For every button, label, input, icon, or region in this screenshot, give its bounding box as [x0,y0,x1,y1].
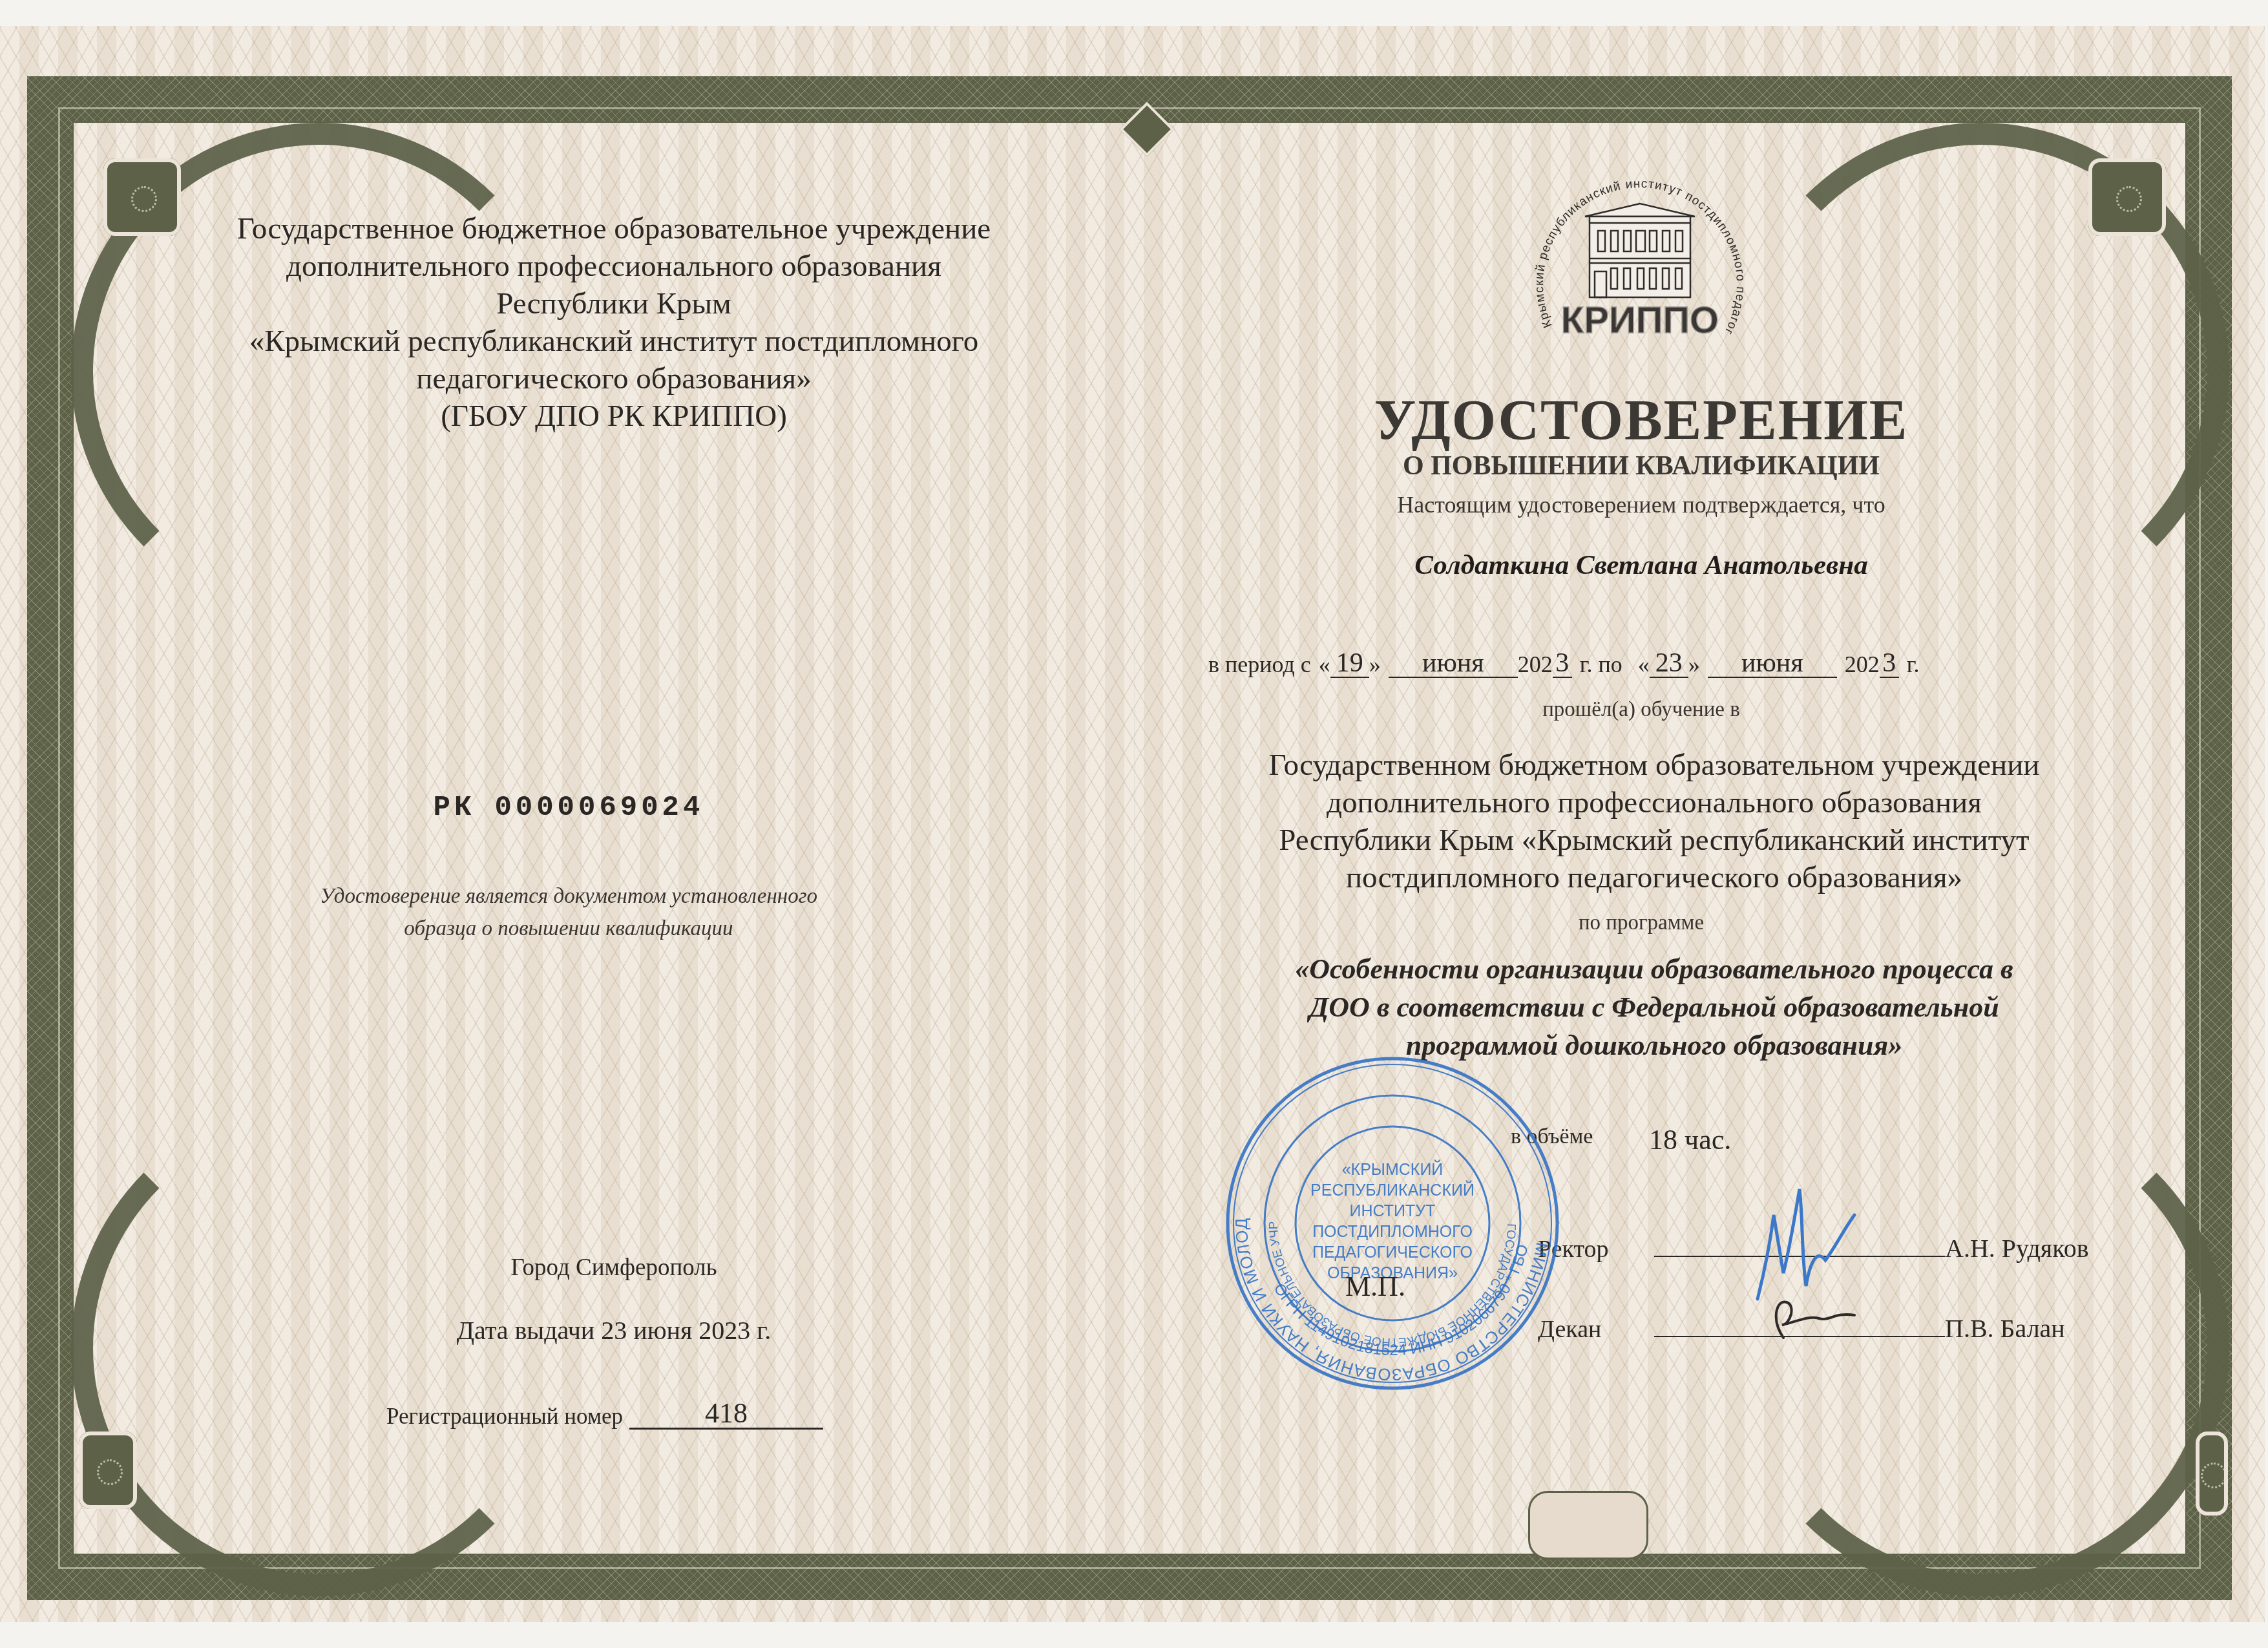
issue-date-row: Дата выдачи 23 июня 2023 г. [355,1315,872,1346]
period-from-year-prefix: 202 [1518,651,1553,678]
training-period: в период с «19» июня 2023 г. по «23» июн… [1208,650,1919,678]
issue-city: Город Симферополь [355,1254,872,1282]
building-icon [1585,204,1695,297]
period-to-year-prefix: 202 [1845,651,1880,678]
registration-number-row: Регистрационный номер 418 [386,1399,823,1430]
svg-text:«КРЫМСКИЙ: «КРЫМСКИЙ [1342,1159,1444,1179]
serial-number: РК0000069024 [342,792,795,824]
program-line: ДОО в соответствии с Федеральной образов… [1182,988,2126,1026]
rosette-icon [2196,1431,2228,1516]
quote-open: « [1638,651,1650,678]
registration-number-label: Регистрационный номер [386,1404,623,1430]
issuer-name: Государственное бюджетное образовательно… [116,210,1111,435]
quote-open: « [1319,651,1330,678]
rosette-icon [2088,158,2166,236]
holder-name: Солдаткина Светлана Анатольевна [1228,549,2055,581]
svg-text:ПЕДАГОГИЧЕСКОГО: ПЕДАГОГИЧЕСКОГО [1312,1243,1473,1262]
by-program-label: по программе [1228,911,2055,935]
legal-note-line: Удостоверение является документом устано… [233,880,905,913]
institution-name: Государственном бюджетном образовательно… [1182,746,2126,896]
series-code: РК [434,792,476,824]
institution-line: постдипломного педагогического образован… [1182,859,2126,896]
period-year-unit: г. [1907,651,1920,678]
dean-signature-icon [1758,1293,1861,1344]
signatory-name: А.Н. Рудяков [1945,1233,2089,1263]
issuer-line: «Крымский республиканский институт постд… [116,322,1111,360]
issuer-line: Республики Крым [116,285,1111,322]
document-subtitle: О ПОВЫШЕНИИ КВАЛИФИКАЦИИ [1228,450,2055,481]
institution-line: дополнительного профессионального образо… [1182,784,2126,821]
program-title: «Особенности организации образовательног… [1182,950,2126,1064]
confirmation-text: Настоящим удостоверением подтверждается,… [1228,491,2055,518]
signatory-name: П.В. Балан [1945,1313,2065,1344]
ribbon-ornament-bottom-left [71,1100,567,1596]
official-stamp-icon: МИНИСТЕРСТВО ОБРАЗОВАНИЯ, НАУКИ И МОЛОДЕ… [1221,1052,1564,1395]
period-prefix: в период с [1208,651,1311,678]
seal-place-label: М.П. [1345,1270,1405,1303]
institution-line: Государственном бюджетном образовательно… [1182,746,2126,784]
period-to-month: июня [1708,650,1837,678]
period-to-day: 23 [1650,650,1688,678]
passed-training-text: прошёл(а) обучение в [1228,698,2055,722]
rector-signature-icon [1745,1176,1861,1305]
svg-text:ИНСТИТУТ: ИНСТИТУТ [1350,1202,1436,1220]
quote-close: » [1688,651,1700,678]
program-line: «Особенности организации образовательног… [1182,950,2126,988]
issuer-line: (ГБОУ ДПО РК КРИППО) [116,397,1111,435]
blank-cartouche [1528,1491,1648,1559]
kríppo-logo: Крымский республиканский институт постди… [1517,139,1763,352]
svg-text:ПОСТДИПЛОМНОГО: ПОСТДИПЛОМНОГО [1312,1223,1473,1241]
period-to-year-suffix: 3 [1880,650,1899,678]
volume-value: 18 час. [1649,1123,1731,1156]
issue-date-label: Дата выдачи [457,1316,595,1345]
document-title: УДОСТОВЕРЕНИЕ [1228,388,2055,453]
period-separator: г. по [1580,651,1622,678]
ribbon-ornament-bottom-right [1733,1100,2229,1596]
issue-date-value: 23 июня 2023 г. [601,1316,771,1345]
issuer-line: дополнительного профессионального образо… [116,248,1111,285]
registration-number-value: 418 [629,1399,823,1430]
legal-note: Удостоверение является документом устано… [233,880,905,945]
issuer-line: Государственное бюджетное образовательно… [116,210,1111,248]
quote-close: » [1369,651,1381,678]
rosette-icon [79,1431,137,1509]
legal-note-line: образца о повышении квалификации [233,913,905,945]
period-from-day: 19 [1330,650,1369,678]
period-from-month: июня [1389,650,1518,678]
period-from-year-suffix: 3 [1553,650,1572,678]
document-number: 0000069024 [494,792,704,824]
svg-text:РЕСПУБЛИКАНСКИЙ: РЕСПУБЛИКАНСКИЙ [1310,1180,1475,1199]
institution-line: Республики Крым «Крымский республикански… [1182,821,2126,859]
svg-text:КРИППО: КРИППО [1561,299,1719,341]
issuer-line: педагогического образования» [116,360,1111,397]
